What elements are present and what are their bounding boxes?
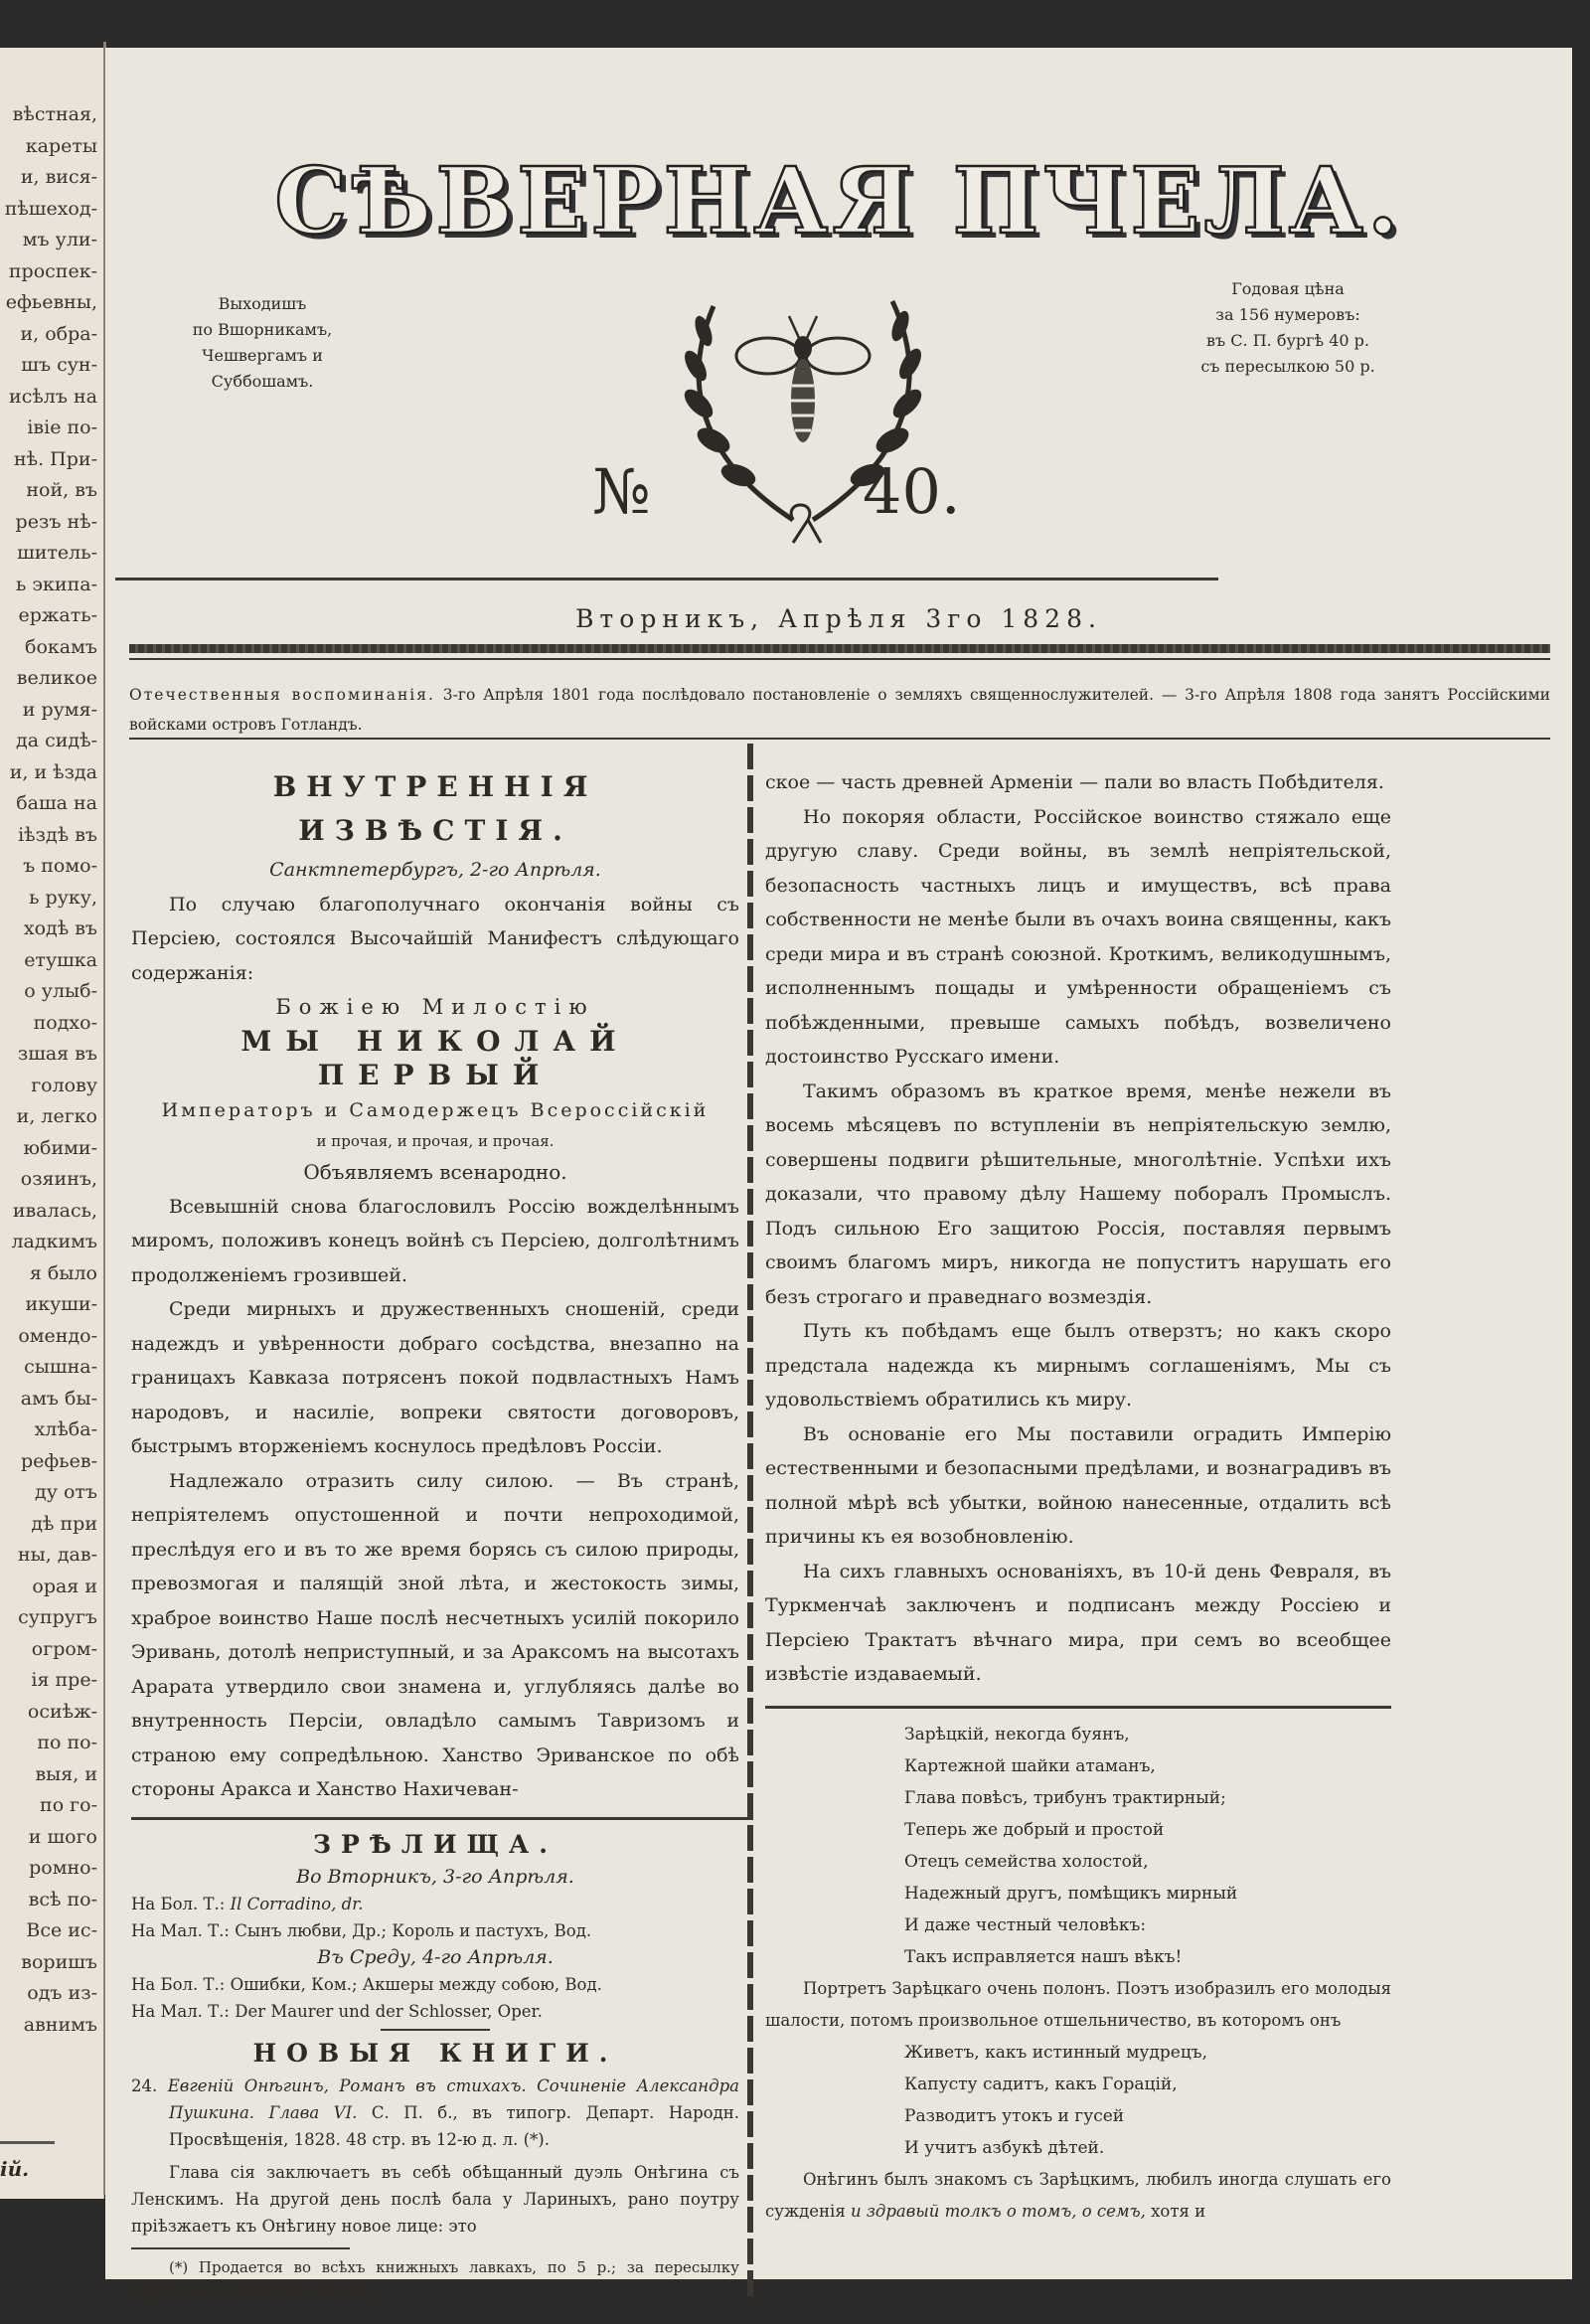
program: Il Corradino, dr. [231,1895,364,1913]
adjacent-page-line: ержать- [5,600,97,632]
adjacent-page-line: вѣстная, [5,99,97,131]
manifesto-paragraph: Такимъ образомъ въ краткое время, менѣе … [765,1075,1391,1315]
adjacent-page-line: бокамъ [5,632,97,664]
etc-line: и прочая, и прочая, и прочая. [131,1127,739,1155]
grace-line: Божіею Милостію [131,990,739,1025]
manifesto-paragraph: На сихъ главныхъ основаніяхъ, въ 10-й де… [765,1555,1391,1692]
adjacent-page-line: ь руку, [5,883,97,914]
adjacent-page-line: я было [5,1258,97,1290]
adjacent-page-line: кареты [5,131,97,163]
review-mid: Портретъ Зарѣцкаго очень полонъ. Поэтъ и… [765,1973,1391,2037]
manifesto-paragraph: Но покоряя области, Россійское воинство … [765,800,1391,1075]
adjacent-page-line: мъ ули- [5,225,97,256]
price-line: въ С. П. бургѣ 40 р. [1169,328,1407,354]
program: Сынъ любви, Др.; Король и пастухъ, Вод. [235,1921,591,1940]
newspaper-page: СѢВЕРНАЯ ПЧЕЛА. Выходишъ по Вшорникамъ, … [105,48,1572,2279]
adjacent-page-line: одъ из- [5,1978,97,2010]
price-line: съ пересылкою 50 р. [1169,354,1407,380]
spectacles-heading: ЗРѢЛИЩА. [131,1826,739,1864]
adjacent-page-line: ной, въ [5,475,97,507]
spectacles-list: Во Вторникъ, 3-го Апрѣля. На Бол. Т.: Il… [131,1864,739,2025]
adjacent-page-line: Все ис- [5,1915,97,1947]
adjacent-page-line: авнимъ [5,2010,97,2042]
adjacent-page-line: выя, и [5,1759,97,1791]
adjacent-page-line: ъ помо- [5,851,97,883]
adjacent-page-line: ны, дав- [5,1540,97,1572]
poem-line: Отецъ семейства холостой, [904,1846,1391,1878]
footnote: (*) Продается во всѣхъ книжныхъ лавкахъ,… [131,2255,739,2303]
issue-number: 40. [863,455,961,528]
adjacent-page-line: амъ бы- [5,1384,97,1415]
adjacent-page-line: орая и [5,1572,97,1603]
poem-sage: Живетъ, какъ истинный мудрецъ, Капусту с… [765,2037,1391,2164]
adjacent-page-line: и, легко [5,1101,97,1133]
adjacent-page-line: да сидѣ- [5,726,97,757]
adjacent-page-line: ефьевны, [5,287,97,319]
adjacent-page-line: и шого [5,1822,97,1854]
adjacent-page-line: шъ сун- [5,350,97,382]
subscription-price: Годовая цѣна за 156 нумеровъ: въ С. П. б… [1169,276,1407,380]
thick-rule [129,644,1550,653]
adjacent-page-line: хлѣба- [5,1414,97,1446]
poem-line: Капусту садитъ, какъ Горацій, [904,2069,1391,2100]
adjacent-page-line: ромно- [5,1853,97,1885]
adjacent-page-line: и, обра- [5,319,97,351]
newspaper-title: СѢВЕРНАЯ ПЧЕЛА. [105,147,1572,254]
price-line: Годовая цѣна [1169,276,1407,302]
adjacent-page-line: и румя- [5,695,97,727]
left-column: ВНУТРЕННІЯ ИЗВѢСТІЯ. Санктпетербургъ, 2-… [131,765,739,2303]
adjacent-page-line: супругъ [5,1602,97,1634]
adjacent-page-line: рефьев- [5,1446,97,1478]
spectacles-row: На Бол. Т.: Ошибки, Ком.; Акшеры между с… [131,1971,739,1998]
short-rule [381,2029,490,2031]
memorials-lead: Отечественныя воспоминанія. [129,686,435,704]
adjacent-page-line: ивалась, [5,1196,97,1228]
adjacent-page-line: и, и ѣзда [5,757,97,789]
adjacent-page-rule [0,2141,55,2144]
adjacent-page-line: зшая въ [5,1039,97,1071]
manifesto-paragraph: Надлежало отразить силу силою. — Въ стра… [131,1464,739,1807]
adjacent-page-line: івіе по- [5,413,97,444]
adjacent-page-line: пѣшеход- [5,194,97,226]
adjacent-page-line: озяинъ, [5,1164,97,1196]
manifesto-intro: По случаю благополучнаго окончанія войны… [131,888,739,991]
section-rule [129,738,1550,740]
poem-line: Надежный другъ, помѣщикъ мирный [904,1878,1391,1909]
poem-line: Разводитъ утокъ и гусей [904,2100,1391,2132]
book-entry: 24. Евгеній Онѣгинъ, Романъ въ стихахъ. … [131,2073,739,2153]
poem-line: И даже честный человѣкъ: [904,1909,1391,1941]
adjacent-page-line: омендо- [5,1321,97,1353]
publication-schedule: Выходишъ по Вшорникамъ, Чешвергамъ и Суб… [173,291,352,395]
emperor-title: Императоръ и Самодержецъ Всероссійскій [131,1093,739,1128]
poem-zaretsky: Зарѣцкій, некогда буянъ, Картежной шайки… [765,1719,1391,1973]
adjacent-page-line: ходѣ въ [5,913,97,945]
adjacent-page-line: іѣздѣ въ [5,820,97,852]
number-sign: № [592,455,651,528]
adjacent-page-line: воришъ [5,1947,97,1979]
book-entry-number: 24. [131,2076,157,2095]
adjacent-page-line: огром- [5,1634,97,1666]
adjacent-page-line: проспек- [5,256,97,288]
section-rule [765,1706,1391,1709]
spectacles-row: На Бол. Т.: Il Corradino, dr. [131,1891,739,1917]
program: Der Maurer und der Schlosser, Oper. [235,2002,543,2021]
theatre-label: На Бол. Т.: [131,1975,225,1994]
poem-line: Зарѣцкій, некогда буянъ, [904,1719,1391,1750]
theatre-label: На Мал. Т.: [131,2002,230,2021]
adjacent-page-text: вѣстная,каретыи, вися-пѣшеход-мъ ули-про… [5,99,97,2041]
emperor-name: МЫ НИКОЛАЙ ПЕРВЫЙ [131,1025,739,1093]
adjacent-page-line: по по- [5,1728,97,1759]
theatre-label: На Бол. Т.: [131,1895,225,1913]
theatre-label: На Мал. Т.: [131,1921,230,1940]
poem-line: Теперь же добрый и простой [904,1814,1391,1846]
spectacles-date: Въ Среду, 4-го Апрѣля. [131,1944,739,1971]
adjacent-page-line: по го- [5,1790,97,1822]
national-memorials: Отечественныя воспоминанія. 3-го Апрѣля … [129,680,1550,740]
schedule-line: Суббошамъ. [173,369,352,395]
adjacent-page-line: сышна- [5,1352,97,1384]
adjacent-page-line: исѣлъ на [5,382,97,414]
adjacent-page-line: нѣ. При- [5,444,97,476]
masthead: СѢВЕРНАЯ ПЧЕЛА. [105,147,1572,254]
adjacent-page-line: и, вися- [5,162,97,194]
price-line: за 156 нумеровъ: [1169,302,1407,328]
issue-date: Вторникъ, Апрѣля 3го 1828. [105,604,1572,633]
schedule-line: по Вшорникамъ, [173,317,352,343]
footnote-rule [131,2247,350,2249]
spectacles-row: На Мал. Т.: Сынъ любви, Др.; Король и па… [131,1917,739,1944]
adjacent-page-line: великое [5,663,97,695]
adjacent-page-line: ду отъ [5,1477,97,1509]
adjacent-page-strip: вѣстная,каретыи, вися-пѣшеход-мъ ули-про… [0,48,104,2199]
schedule-line: Выходишъ [173,291,352,317]
adjacent-page-line: ія пре- [5,1665,97,1697]
internal-news-heading: ВНУТРЕННІЯ ИЗВѢСТІЯ. [131,765,739,853]
spectacles-date: Во Вторникъ, 3-го Апрѣля. [131,1864,739,1891]
adjacent-page-line: баша на [5,788,97,820]
adjacent-page-line: подхо- [5,1008,97,1040]
review-end: Онѣгинъ былъ знакомъ съ Зарѣцкимъ, любил… [765,2164,1391,2228]
manifesto-paragraph: Всевышній снова благословилъ Россію вожд… [131,1190,739,1293]
poem-line: И учитъ азбукѣ дѣтей. [904,2132,1391,2164]
adjacent-page-line: ладкимъ [5,1227,97,1258]
manifesto-paragraph: Въ основаніе его Мы поставили оградить И… [765,1417,1391,1555]
program: Ошибки, Ком.; Акшеры между собою, Вод. [231,1975,602,1994]
adjacent-page-tail: ій. [0,2157,29,2181]
review-end-italic: и здравый толкъ о томъ, о семъ, [851,2202,1146,2221]
poem-line: Глава повѣсъ, трибунъ трактирный; [904,1782,1391,1814]
adjacent-page-line: икуши- [5,1289,97,1321]
adjacent-page-line: етушка [5,945,97,977]
poem-line: Такъ исправляется нашъ вѣкъ! [904,1941,1391,1973]
manifesto-paragraph: Среди мирныхъ и дружественныхъ сношеній,… [131,1292,739,1464]
manifesto-paragraph: ское — часть древней Арменіи — пали во в… [765,765,1391,800]
poem-line: Живетъ, какъ истинный мудрецъ, [904,2037,1391,2069]
section-rule [131,1817,753,1820]
adjacent-page-line: о улыб- [5,976,97,1008]
adjacent-page-line: юбими- [5,1133,97,1165]
schedule-line: Чешвергамъ и [173,343,352,369]
adjacent-page-line: резъ нѣ- [5,507,97,539]
adjacent-page-line: дѣ при [5,1509,97,1541]
poem-line: Картежной шайки атаманъ, [904,1750,1391,1782]
review-end-tail: хотя и [1151,2202,1205,2221]
manifesto-paragraph: Путь къ побѣдамъ еще былъ отверзтъ; но к… [765,1314,1391,1417]
announce-line: Объявляемъ всенародно. [131,1155,739,1190]
right-column: ское — часть древней Арменіи — пали во в… [765,765,1391,2228]
new-books-heading: НОВЫЯ КНИГИ. [131,2035,739,2073]
column-divider [747,744,753,2299]
masthead-rule [115,578,1218,581]
adjacent-page-line: шитель- [5,538,97,570]
adjacent-page-line: осиѣж- [5,1697,97,1729]
spectacles-row: На Мал. Т.: Der Maurer und der Schlosser… [131,1998,739,2025]
review-start: Глава сія заключаетъ въ себѣ обѣщанный д… [131,2159,739,2240]
adjacent-page-line: ь экипа- [5,570,97,601]
adjacent-page-line: голову [5,1071,97,1102]
thin-rule [129,658,1550,660]
internal-news-dateline: Санктпетербургъ, 2-го Апрѣля. [131,853,739,888]
adjacent-page-line: всѣ по- [5,1885,97,1916]
